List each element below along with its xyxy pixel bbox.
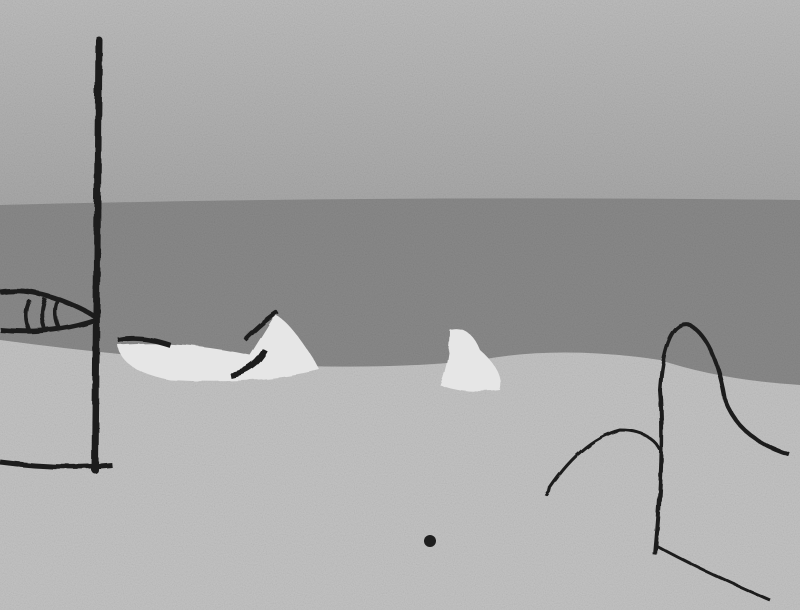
painting-svg: [0, 0, 800, 610]
small-ball: [424, 535, 436, 547]
painting: [0, 0, 800, 610]
beach: [0, 340, 800, 610]
sky: [0, 0, 800, 205]
